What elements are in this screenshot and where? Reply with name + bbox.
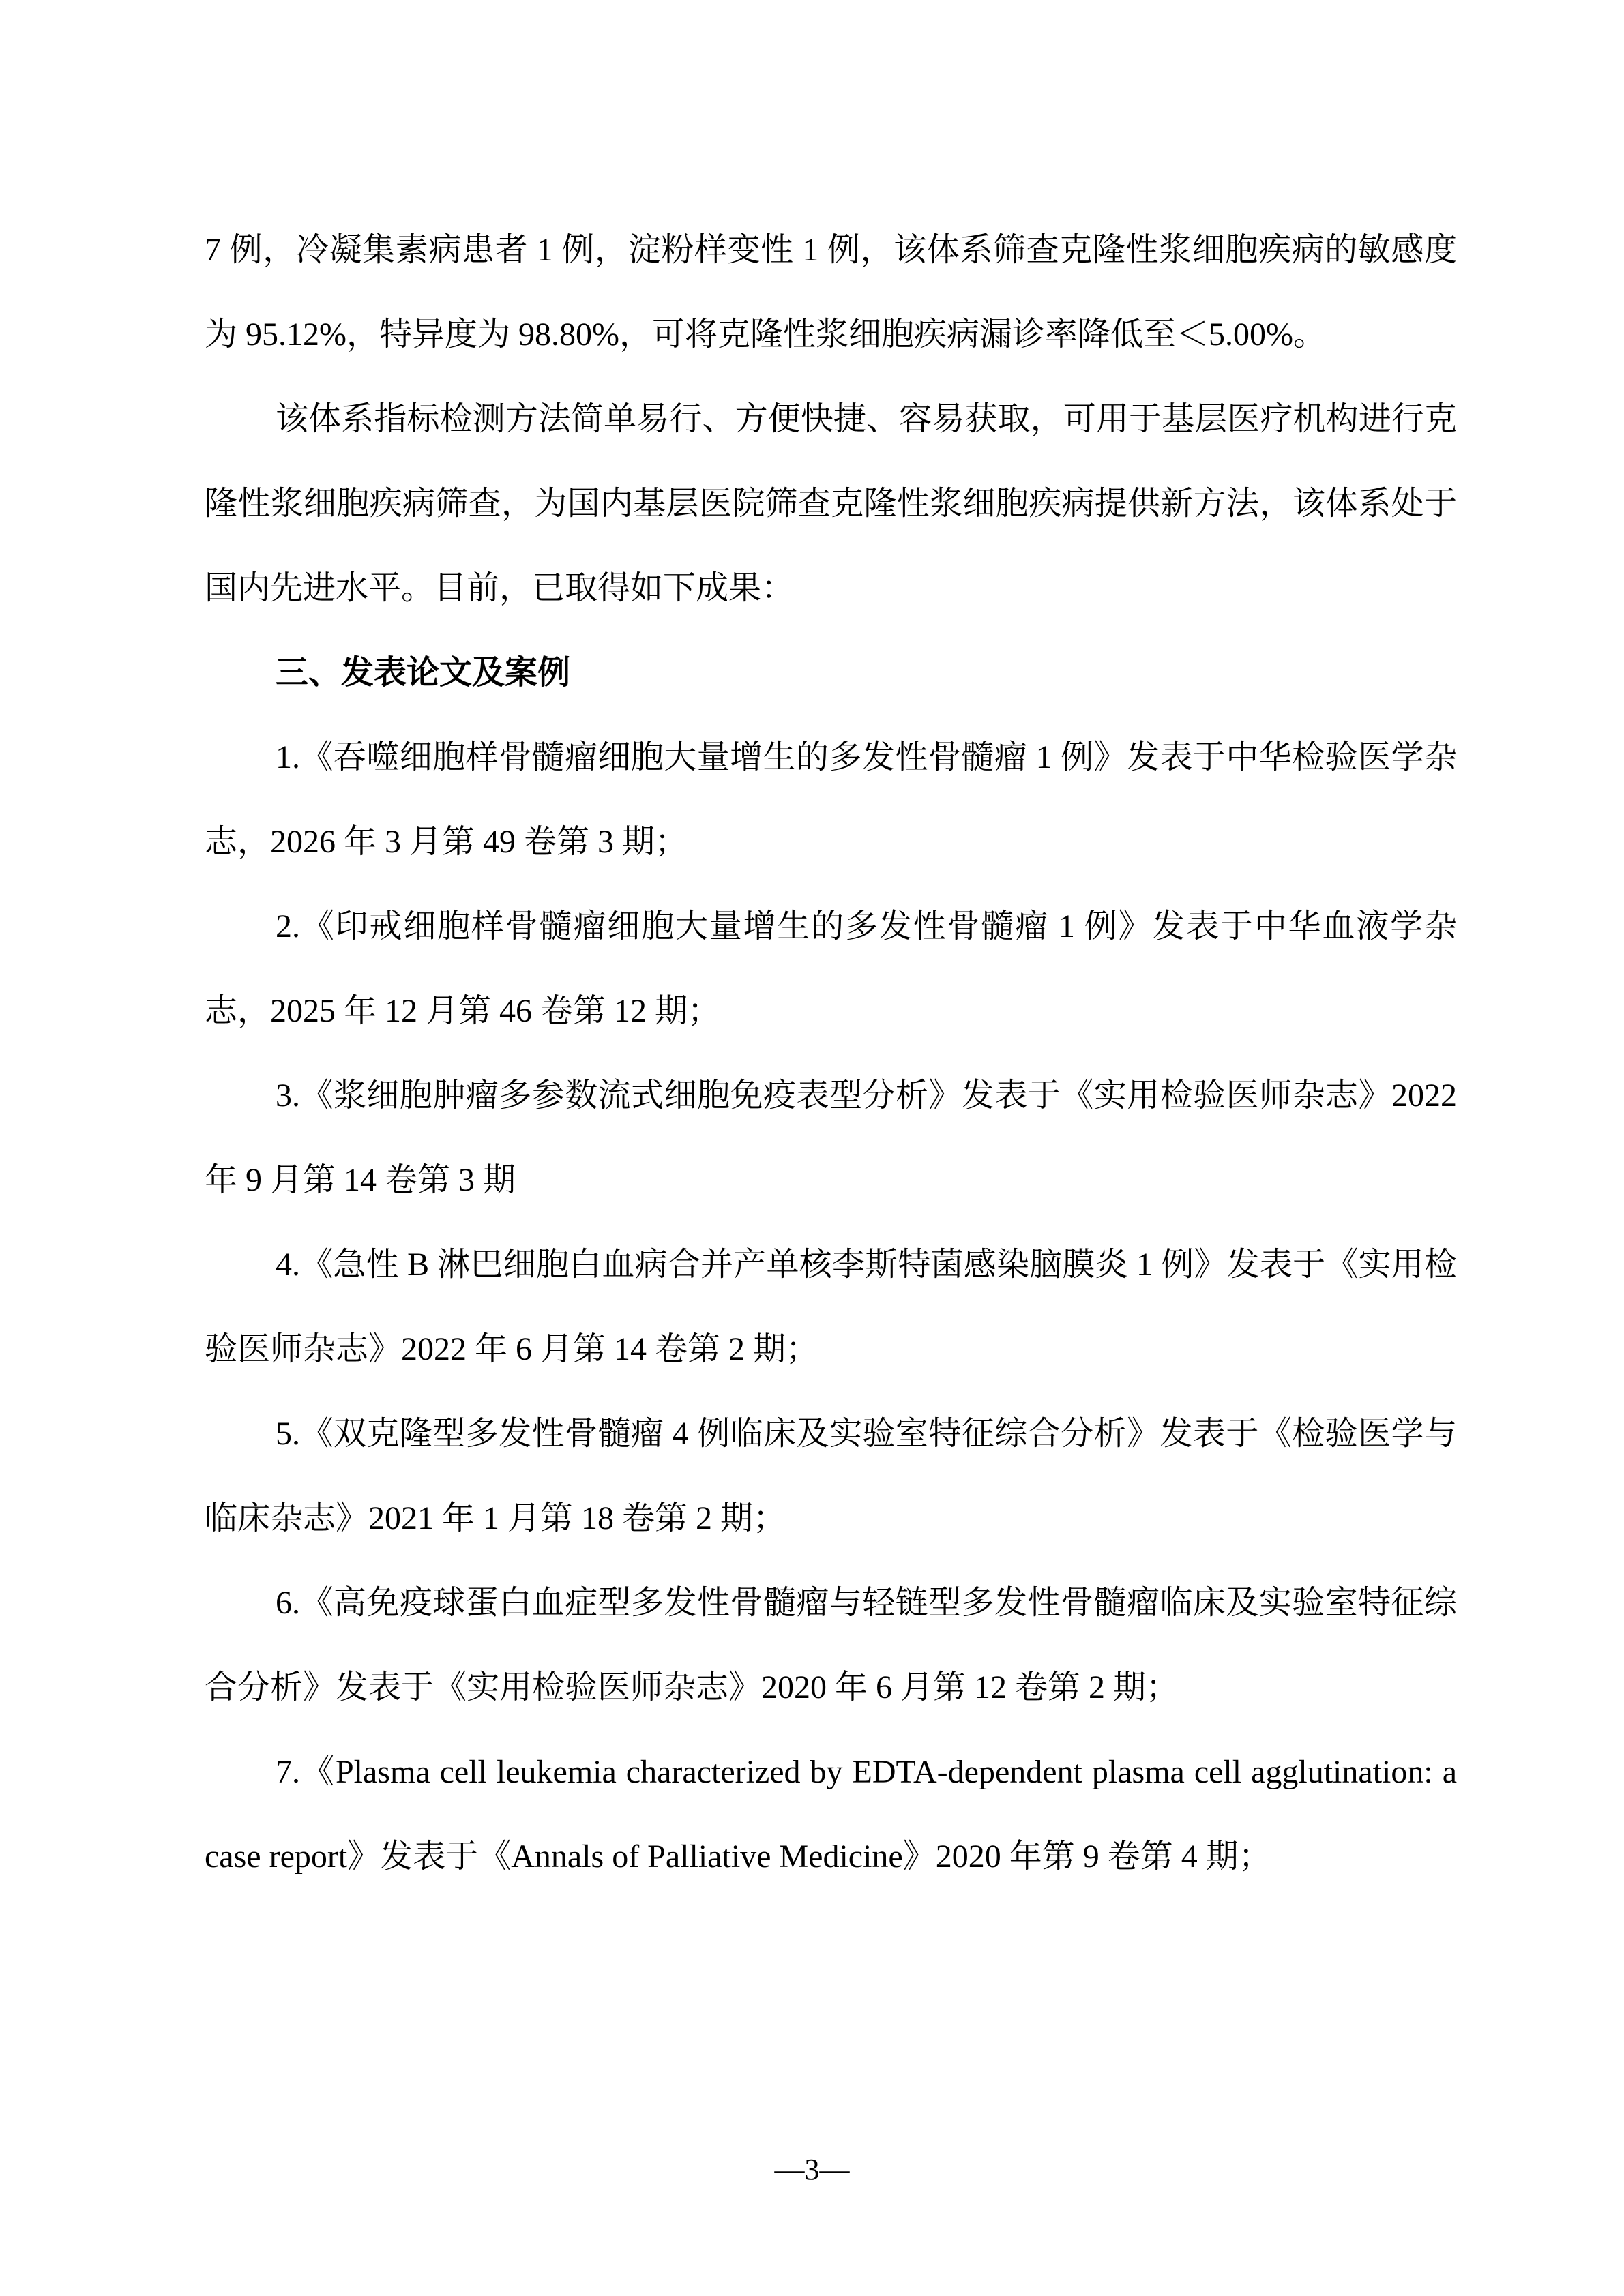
paragraph-continuation: 7 例，冷凝集素病患者 1 例，淀粉样变性 1 例，该体系筛查克隆性浆细胞疾病的… [205,208,1457,377]
paragraph-system-summary: 该体系指标检测方法简单易行、方便快捷、容易获取，可用于基层医疗机构进行克隆性浆细… [205,377,1457,631]
page-body: 7 例，冷凝集素病患者 1 例，淀粉样变性 1 例，该体系筛查克隆性浆细胞疾病的… [205,208,1457,1899]
document-page: 7 例，冷凝集素病患者 1 例，淀粉样变性 1 例，该体系筛查克隆性浆细胞疾病的… [0,0,1624,2296]
publication-item-3: 3.《浆细胞肿瘤多参数流式细胞免疫表型分析》发表于《实用检验医师杂志》2022 … [205,1054,1457,1223]
publication-item-1: 1.《吞噬细胞样骨髓瘤细胞大量增生的多发性骨髓瘤 1 例》发表于中华检验医学杂志… [205,715,1457,884]
page-number: —3— [0,2149,1624,2190]
publication-item-2: 2.《印戒细胞样骨髓瘤细胞大量增生的多发性骨髓瘤 1 例》发表于中华血液学杂志，… [205,884,1457,1054]
publication-item-4: 4.《急性 B 淋巴细胞白血病合并产单核李斯特菌感染脑膜炎 1 例》发表于《实用… [205,1223,1457,1392]
publication-item-5: 5.《双克隆型多发性骨髓瘤 4 例临床及实验室特征综合分析》发表于《检验医学与临… [205,1392,1457,1561]
section-heading: 三、发表论文及案例 [205,631,1457,715]
publication-item-6: 6.《高免疫球蛋白血症型多发性骨髓瘤与轻链型多发性骨髓瘤临床及实验室特征综合分析… [205,1561,1457,1730]
publication-item-7: 7.《Plasma cell leukemia characterized by… [205,1730,1457,1899]
